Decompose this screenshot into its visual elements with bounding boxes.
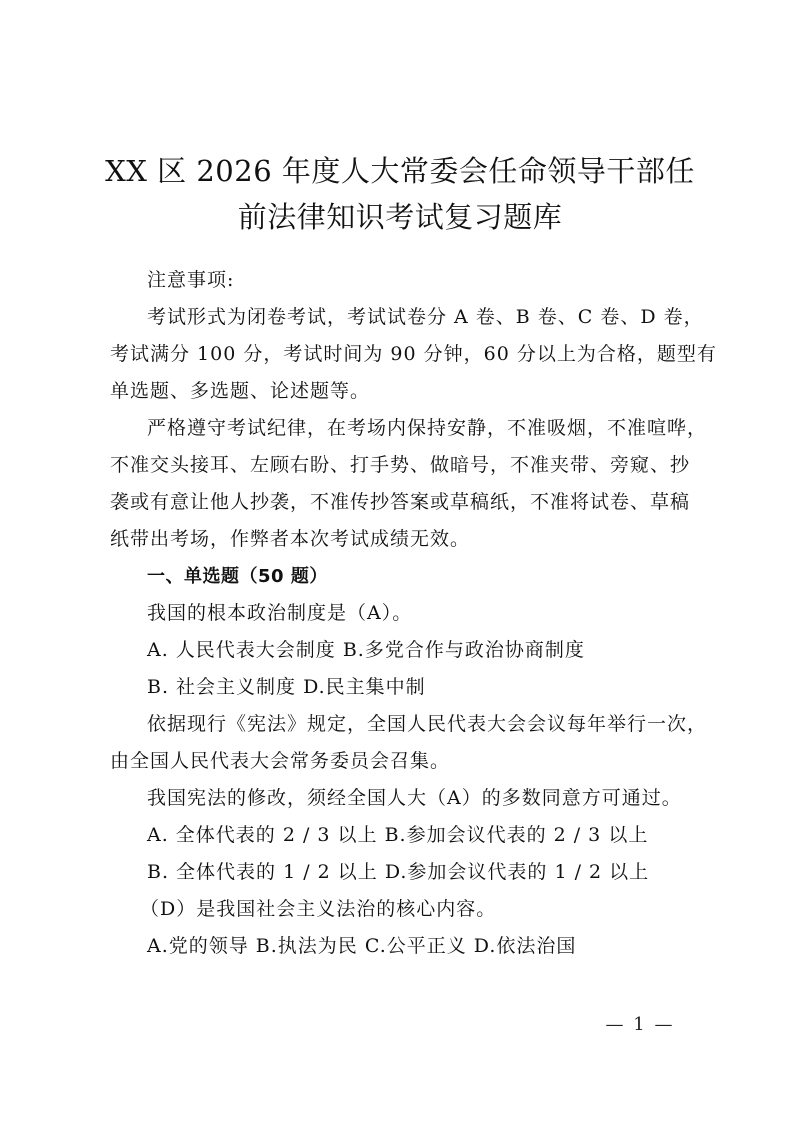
section-heading: 一、单选题（50 题）	[147, 558, 692, 595]
document-page: XX 区 2026 年度人大常委会任命领导干部任 前法律知识考试复习题库 注意事…	[0, 0, 793, 1122]
question-3-options-line: B. 全体代表的 1 / 2 以上 D.参加会议代表的 1 / 2 以上	[147, 854, 692, 891]
notice-paragraph-2-line: 不准交头接耳、左顾右盼、打手势、做暗号，不准夹带、旁窥、抄	[110, 447, 690, 484]
question-4-stem: （D）是我国社会主义法治的核心内容。	[140, 891, 685, 928]
notice-paragraph-1-line: 考试满分 100 分，考试时间为 90 分钟，60 分以上为合格，题型有	[110, 336, 690, 373]
notice-label: 注意事项:	[147, 262, 692, 299]
notice-paragraph-1-line: 单选题、多选题、论述题等。	[110, 373, 690, 410]
document-title-line-2: 前法律知识考试复习题库	[100, 194, 700, 240]
question-2-stem-line: 由全国人民代表大会常务委员会召集。	[110, 743, 690, 780]
question-1-options-line: A. 人民代表大会制度 B.多党合作与政治协商制度	[147, 632, 692, 669]
question-3-options-line: A. 全体代表的 2 / 3 以上 B.参加会议代表的 2 / 3 以上	[147, 817, 692, 854]
question-3-stem: 我国宪法的修改，须经全国人大（A）的多数同意方可通过。	[147, 780, 692, 817]
question-2-stem-line: 依据现行《宪法》规定，全国人民代表大会会议每年举行一次，	[147, 706, 692, 743]
question-1-stem: 我国的根本政治制度是（A）。	[147, 595, 692, 632]
question-1-options-line: B. 社会主义制度 D.民主集中制	[147, 669, 692, 706]
question-4-options-line: A.党的领导 B.执法为民 C.公平正义 D.依法治国	[147, 928, 692, 965]
notice-paragraph-2-line: 袭或有意让他人抄袭，不准传抄答案或草稿纸，不准将试卷、草稿	[110, 484, 690, 521]
document-title-line-1: XX 区 2026 年度人大常委会任命领导干部任	[100, 148, 700, 194]
notice-paragraph-1-line: 考试形式为闭卷考试，考试试卷分 A 卷、B 卷、C 卷、D 卷，	[147, 299, 692, 336]
notice-paragraph-2-line: 严格遵守考试纪律，在考场内保持安静，不准吸烟，不准喧哗，	[147, 410, 692, 447]
page-number: — 1 —	[600, 1010, 680, 1040]
notice-paragraph-2-line: 纸带出考场，作弊者本次考试成绩无效。	[110, 521, 690, 558]
